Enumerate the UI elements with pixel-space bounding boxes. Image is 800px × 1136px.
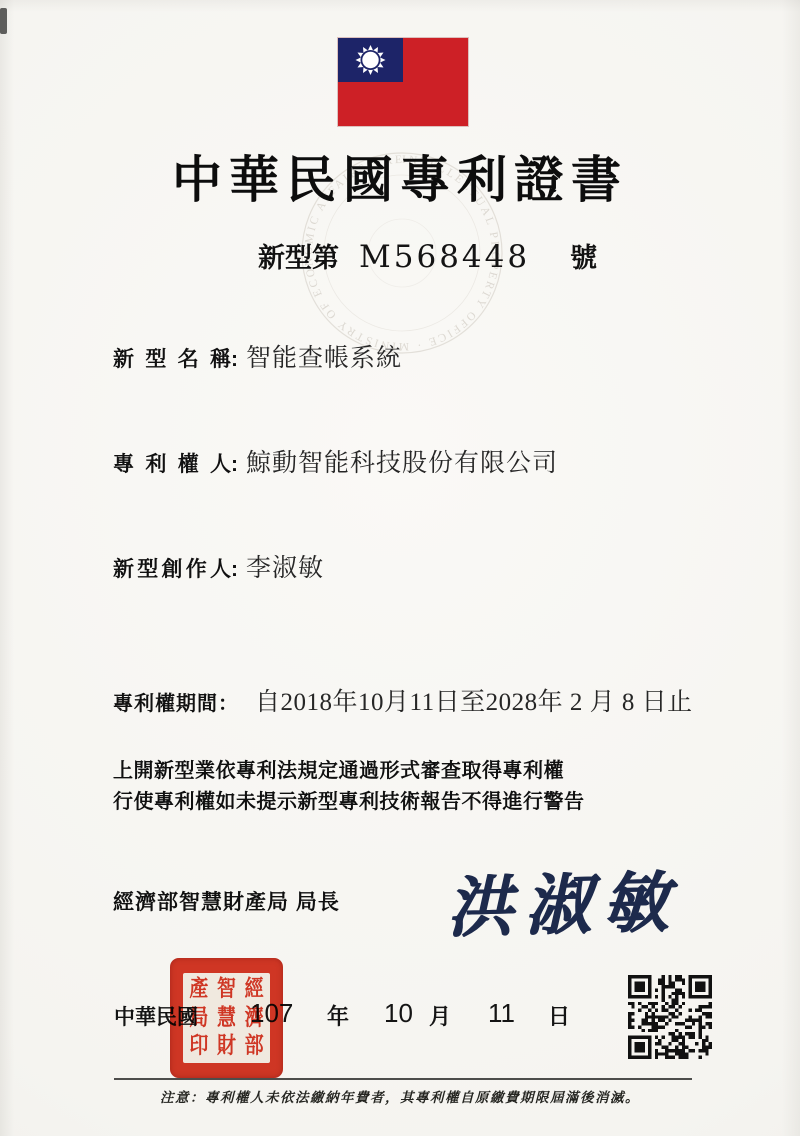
field-colon: : xyxy=(231,453,238,477)
seal-char: 財 xyxy=(213,1029,241,1063)
field-label: 專利權期間： xyxy=(113,687,239,716)
month-unit: 月 xyxy=(429,1000,451,1031)
field-colon: : xyxy=(231,348,238,372)
footer-note: 注意：專利權人未依法繳納年費者，其專利權自原繳費期限屆滿後消滅。 xyxy=(0,1086,800,1106)
legal-note-line1: 上開新型業依專利法規定通過形式審查取得專利權 xyxy=(113,756,585,787)
seal-char: 部 xyxy=(240,1029,268,1063)
taiwan-flag-icon xyxy=(338,38,468,126)
patent-certificate: INTELLECTUAL PROPERTY OFFICE · MINISTRY … xyxy=(0,0,800,1136)
field-colon: : xyxy=(231,558,238,582)
field-value: 鯨動智能科技股份有限公司 xyxy=(246,443,558,479)
qr-code xyxy=(628,972,712,1062)
field-value: 智能查帳系統 xyxy=(246,338,402,374)
field-label: 新型名稱 xyxy=(113,343,231,373)
legal-note-line2: 行使專利權如未提示新型專利技術報告不得進行警告 xyxy=(113,787,585,818)
field-label: 新型創作人 xyxy=(113,553,231,583)
field-patent-term: 專利權期間： 自2018年10月11日至2028年 2 月 8 日止 xyxy=(113,682,693,718)
issue-day: 11 xyxy=(488,998,515,1029)
footer-divider xyxy=(114,1078,692,1080)
director-signature: 洪淑敏 xyxy=(445,849,681,950)
seal-inscription: 產 智 經 局 慧 濟 印 財 部 xyxy=(183,973,270,1063)
certificate-title: 中華民國專利證書 xyxy=(0,140,800,212)
scan-artifact xyxy=(0,8,7,34)
field-creator: 新型創作人: 李淑敏 xyxy=(113,548,324,584)
seal-char: 印 xyxy=(185,1029,213,1063)
flag-sun-icon xyxy=(338,38,403,82)
legal-note: 上開新型業依專利法規定通過形式審查取得專利權 行使專利權如未提示新型專利技術報告… xyxy=(113,756,585,818)
field-value: 自2018年10月11日至2028年 2 月 8 日止 xyxy=(255,682,693,718)
year-unit: 年 xyxy=(327,1000,349,1031)
patent-number: M568448 xyxy=(359,239,530,275)
patent-number-suffix: 號 xyxy=(570,236,597,275)
patent-number-prefix: 新型第 xyxy=(258,236,339,275)
field-patentee: 專利權人: 鯨動智能科技股份有限公司 xyxy=(113,443,558,479)
official-red-seal: 產 智 經 局 慧 濟 印 財 部 xyxy=(170,958,283,1078)
issue-month: 10 xyxy=(384,998,413,1029)
day-unit: 日 xyxy=(548,1000,570,1031)
field-value: 李淑敏 xyxy=(246,548,324,584)
issuer-title: 經濟部智慧財產局 局長 xyxy=(113,886,340,916)
field-label: 專利權人 xyxy=(113,448,231,478)
field-utility-model-name: 新型名稱: 智能查帳系統 xyxy=(113,338,402,374)
patent-number-line: 新型第 M568448 號 xyxy=(258,236,597,275)
